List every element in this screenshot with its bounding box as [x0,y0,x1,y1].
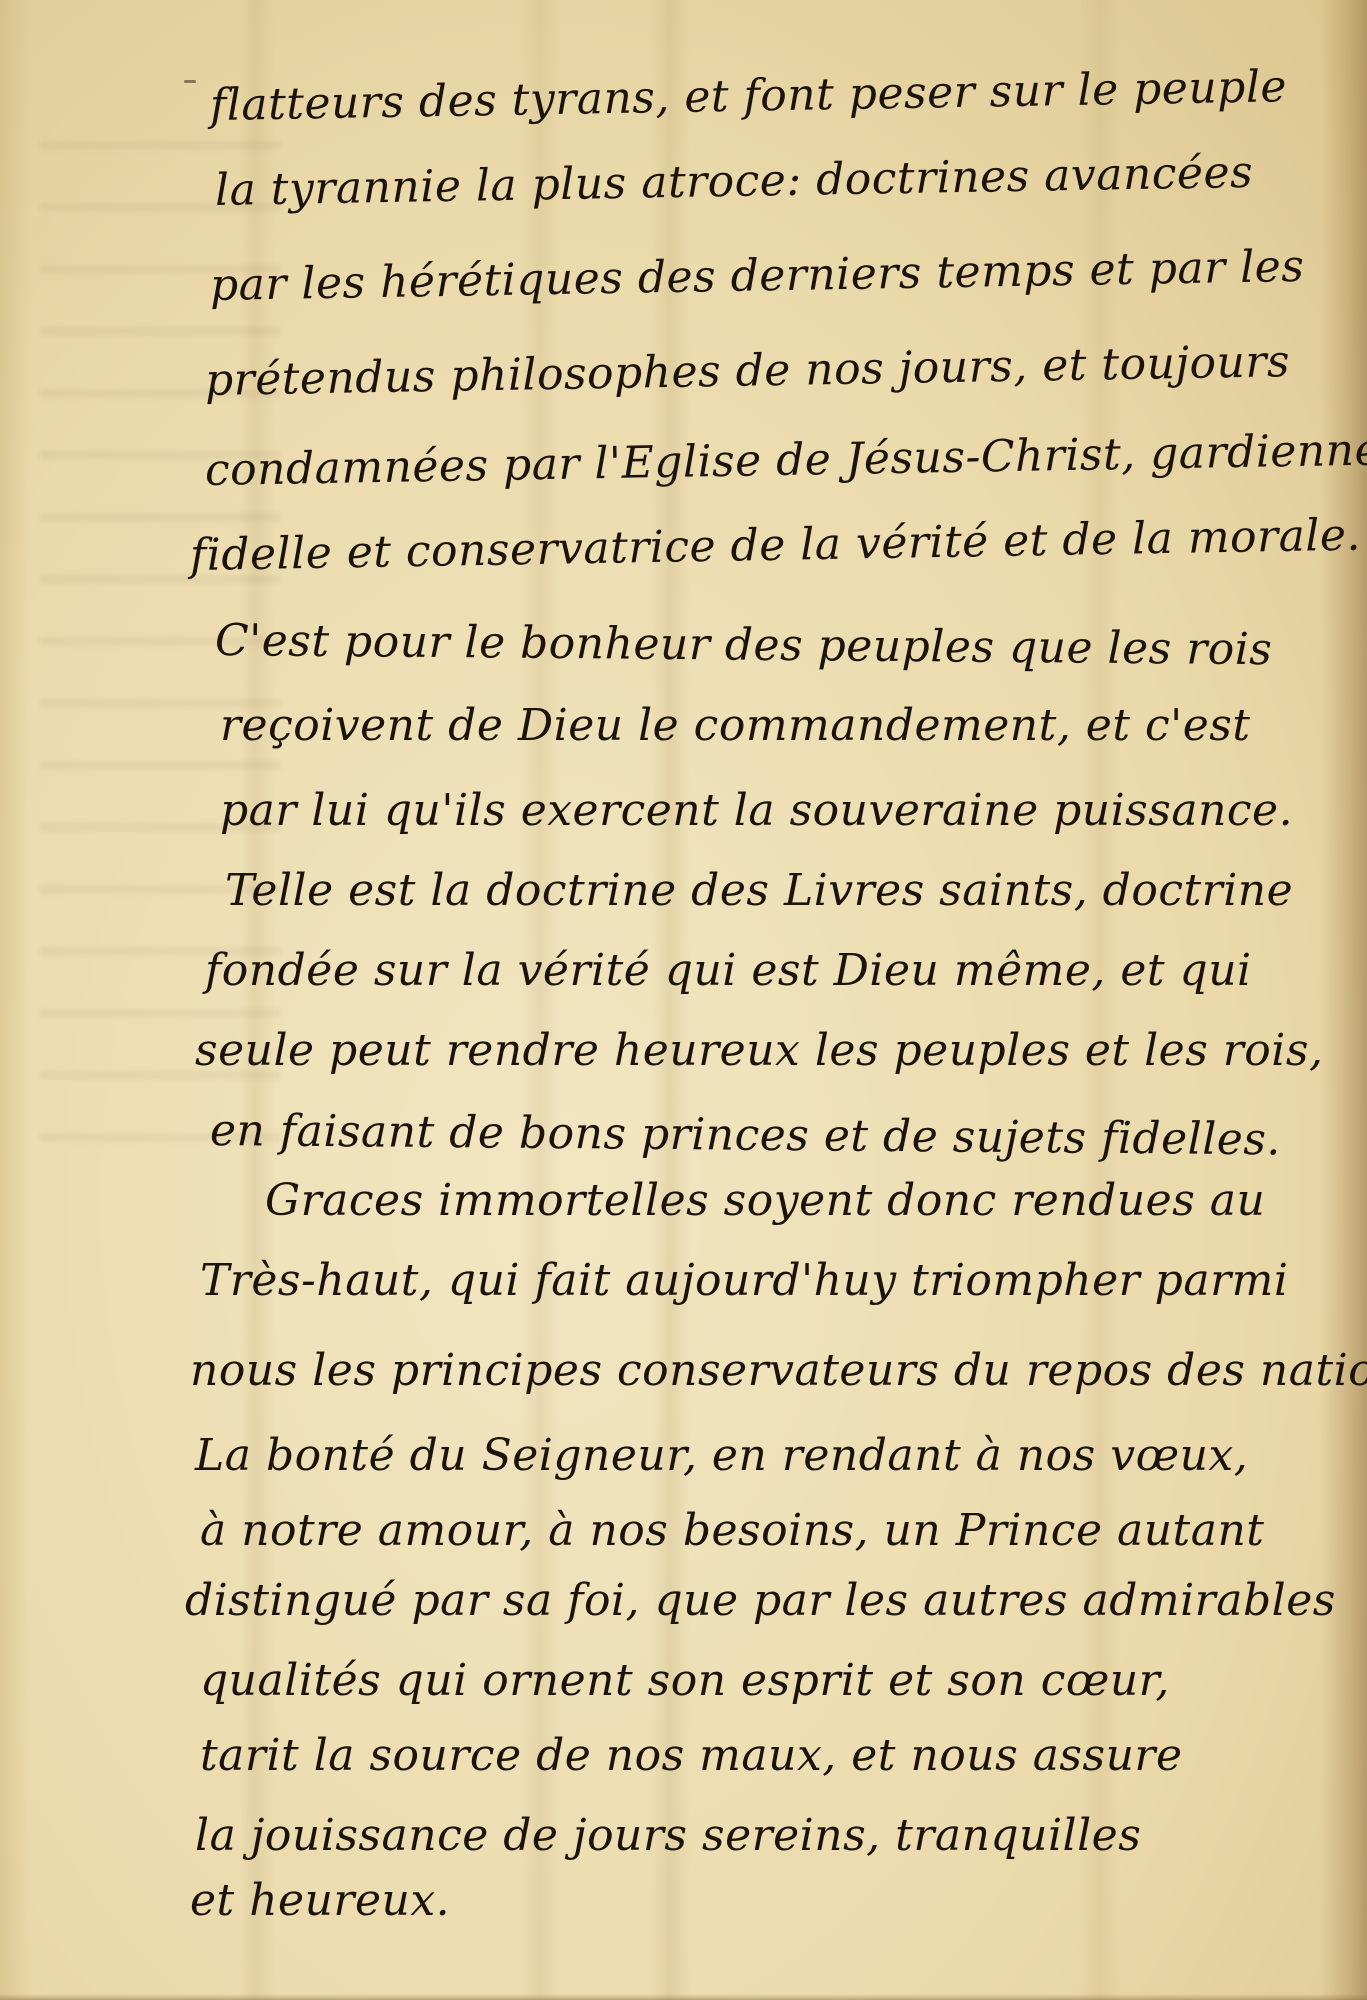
text-line: fondée sur la vérité qui est Dieu même, … [205,945,1252,996]
text-line: seule peut rendre heureux les peuples et… [195,1025,1323,1076]
text-line: nous les principes conservateurs du repo… [190,1345,1367,1396]
text-line: prétendus philosophes de nos jours, et t… [205,336,1291,406]
text-line: Très-haut, qui fait aujourd'huy triomphe… [200,1255,1288,1306]
text-line: la tyrannie la plus atroce: doctrines av… [215,147,1254,216]
text-line: fidelle et conservatrice de la vérité et… [190,510,1362,581]
text-line: et heureux. [190,1875,450,1926]
margin-dash-mark [184,80,196,83]
text-line: tarit la source de nos maux, et nous ass… [200,1730,1183,1781]
text-line: par les hérétiques des derniers temps et… [210,241,1305,311]
text-line: Graces immortelles soyent donc rendues a… [265,1175,1265,1226]
text-line: La bonté du Seigneur, en rendant à nos v… [195,1430,1248,1481]
text-line: par lui qu'ils exercent la souveraine pu… [220,785,1293,836]
text-line: en faisant de bons princes et de sujets … [210,1105,1281,1165]
text-line: C'est pour le bonheur des peuples que le… [215,615,1273,675]
text-line: reçoivent de Dieu le commandement, et c'… [220,700,1251,751]
manuscript-page: flatteurs des tyrans, et font peser sur … [0,0,1367,2000]
text-line: la jouissance de jours sereins, tranquil… [195,1810,1141,1861]
page-bottom-edge [0,1994,1367,2000]
text-line: Telle est la doctrine des Livres saints,… [225,865,1293,916]
text-line: condamnées par l'Eglise de Jésus-Christ,… [205,424,1367,496]
text-line: distingué par sa foi, que par les autres… [185,1575,1336,1626]
text-line: flatteurs des tyrans, et font peser sur … [210,61,1288,131]
text-line: qualités qui ornent son esprit et son cœ… [200,1655,1170,1706]
text-line: à notre amour, à nos besoins, un Prince … [200,1505,1264,1556]
